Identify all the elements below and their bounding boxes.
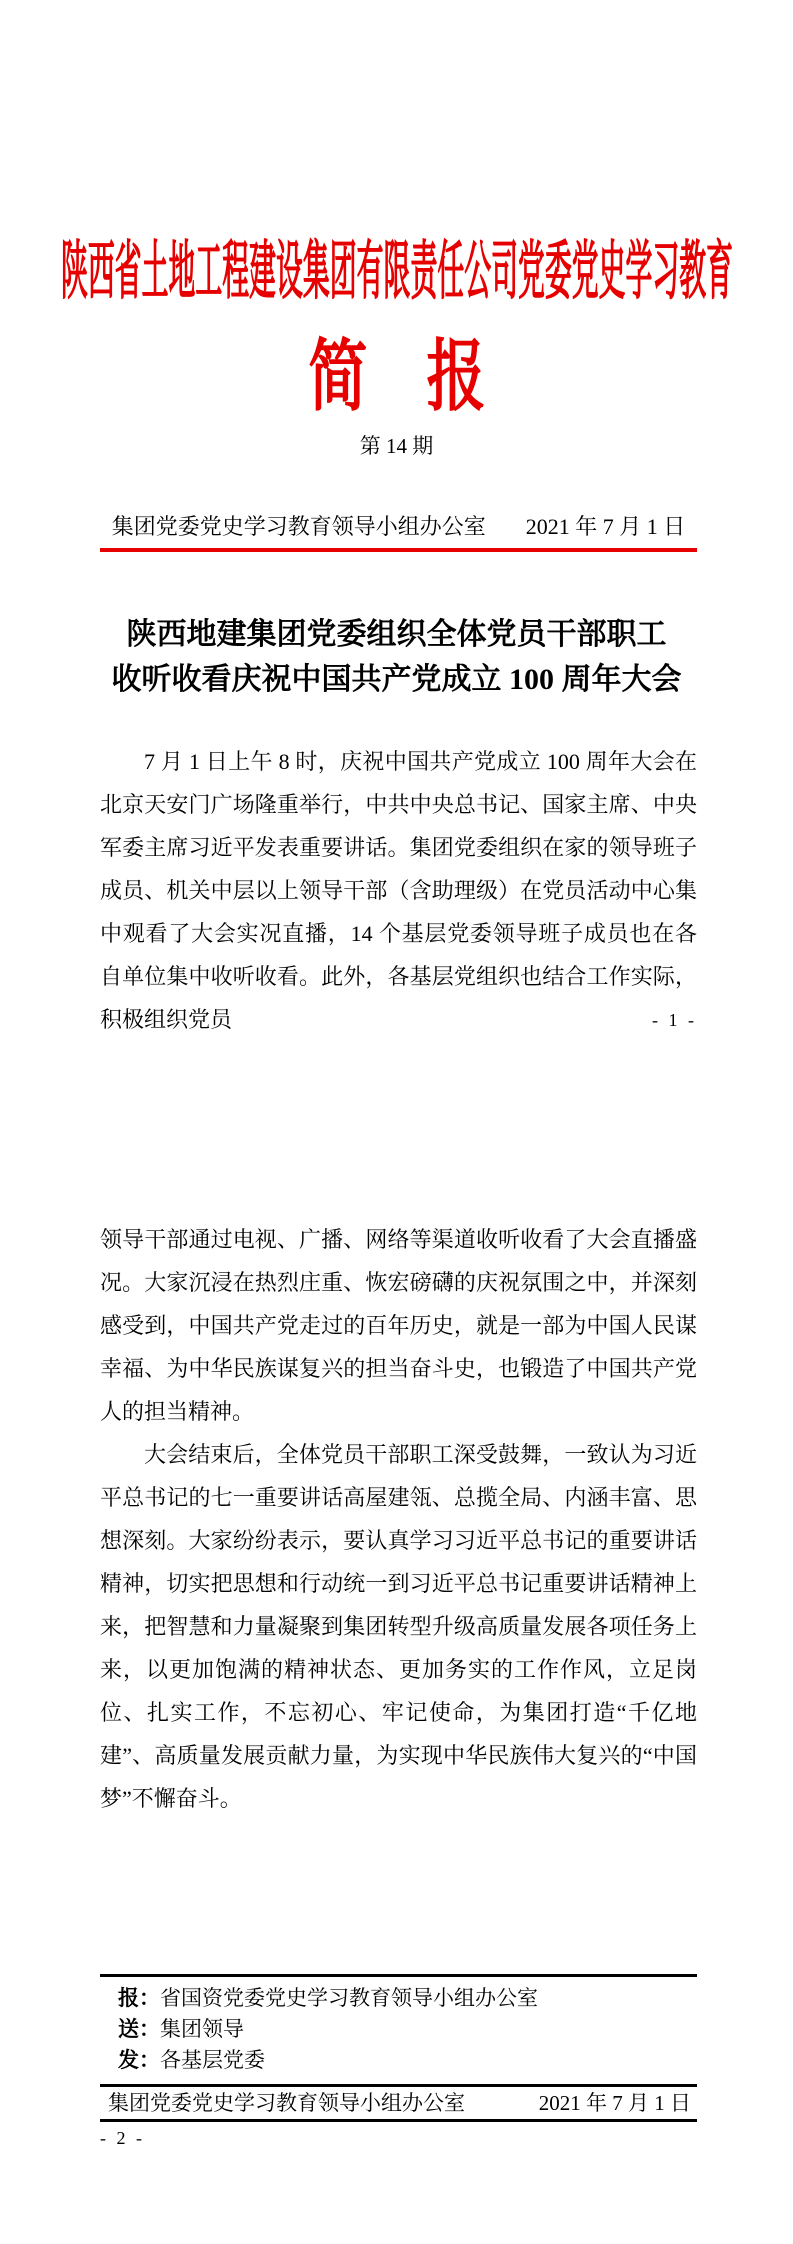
footer-issuer-name: 集团党委党史学习教育领导小组办公室 — [108, 2087, 465, 2119]
footer-issuer-row: 集团党委党史学习教育领导小组办公室 2021 年 7 月 1 日 — [100, 2087, 697, 2119]
footer-report-value: 省国资党委党史学习教育领导小组办公室 — [160, 1986, 538, 2010]
red-divider — [100, 548, 697, 552]
body-paragraph-1: 7 月 1 日上午 8 时，庆祝中国共产党成立 100 周年大会在北京天安门广场… — [100, 740, 697, 1041]
footer-send-value: 集团领导 — [160, 2017, 244, 2041]
distribution-footer: 报：省国资党委党史学习教育领导小组办公室 送：集团领导 发：各基层党委 集团党委… — [100, 1974, 697, 2122]
masthead-org-title: 陕西省土地工程建设集团有限责任公司党委党史学习教育 — [61, 240, 733, 304]
body-paragraph-2: 大会结束后，全体党员干部职工深受鼓舞，一致认为习近平总书记的七一重要讲话高屋建瓴… — [100, 1433, 697, 1820]
article-body-page1: 7 月 1 日上午 8 时，庆祝中国共产党成立 100 周年大会在北京天安门广场… — [100, 740, 697, 1041]
footer-send-row: 送：集团领导 — [118, 2014, 697, 2045]
footer-distribute-value: 各基层党委 — [160, 2048, 265, 2072]
footer-send-label: 送： — [118, 2017, 160, 2041]
footer-distribution-rows: 报：省国资党委党史学习教育领导小组办公室 送：集团领导 发：各基层党委 — [100, 1977, 697, 2084]
masthead-issuer-name: 集团党委党史学习教育领导小组办公室 — [112, 510, 486, 541]
footer-report-label: 报： — [118, 1986, 160, 2010]
footer-divider-bottom — [100, 2119, 697, 2122]
masthead-issue-date: 2021 年 7 月 1 日 — [526, 510, 686, 541]
footer-distribute-label: 发： — [118, 2048, 160, 2072]
masthead-bulletin-title: 简 报 — [308, 338, 485, 416]
article-title: 陕西地建集团党委组织全体党员干部职工 收听收看庆祝中国共产党成立 100 周年大… — [0, 612, 793, 702]
page-number-2: - 2 - — [100, 2128, 145, 2149]
footer-report-row: 报：省国资党委党史学习教育领导小组办公室 — [118, 1983, 697, 2014]
footer-distribute-row: 发：各基层党委 — [118, 2045, 697, 2076]
article-title-line-1: 陕西地建集团党委组织全体党员干部职工 — [127, 618, 667, 651]
page-2: 领导干部通过电视、广播、网络等渠道收听收看了大会直播盛况。大家沉浸在热烈庄重、恢… — [0, 1122, 793, 2244]
issue-number: 第 14 期 — [0, 430, 793, 460]
page-number-1: - 1 - — [100, 1010, 697, 1031]
page-1: 陕西省土地工程建设集团有限责任公司党委党史学习教育 简 报 第 14 期 集团党… — [0, 0, 793, 1122]
footer-issue-date: 2021 年 7 月 1 日 — [539, 2087, 691, 2119]
bulletin-document: 陕西省土地工程建设集团有限责任公司党委党史学习教育 简 报 第 14 期 集团党… — [0, 0, 793, 2244]
body-paragraph-1-continuation: 领导干部通过电视、广播、网络等渠道收听收看了大会直播盛况。大家沉浸在热烈庄重、恢… — [100, 1218, 697, 1433]
masthead-issuer-row: 集团党委党史学习教育领导小组办公室 2021 年 7 月 1 日 — [100, 510, 697, 541]
article-body-page2: 领导干部通过电视、广播、网络等渠道收听收看了大会直播盛况。大家沉浸在热烈庄重、恢… — [100, 1218, 697, 1820]
article-title-line-2: 收听收看庆祝中国共产党成立 100 周年大会 — [112, 663, 682, 696]
